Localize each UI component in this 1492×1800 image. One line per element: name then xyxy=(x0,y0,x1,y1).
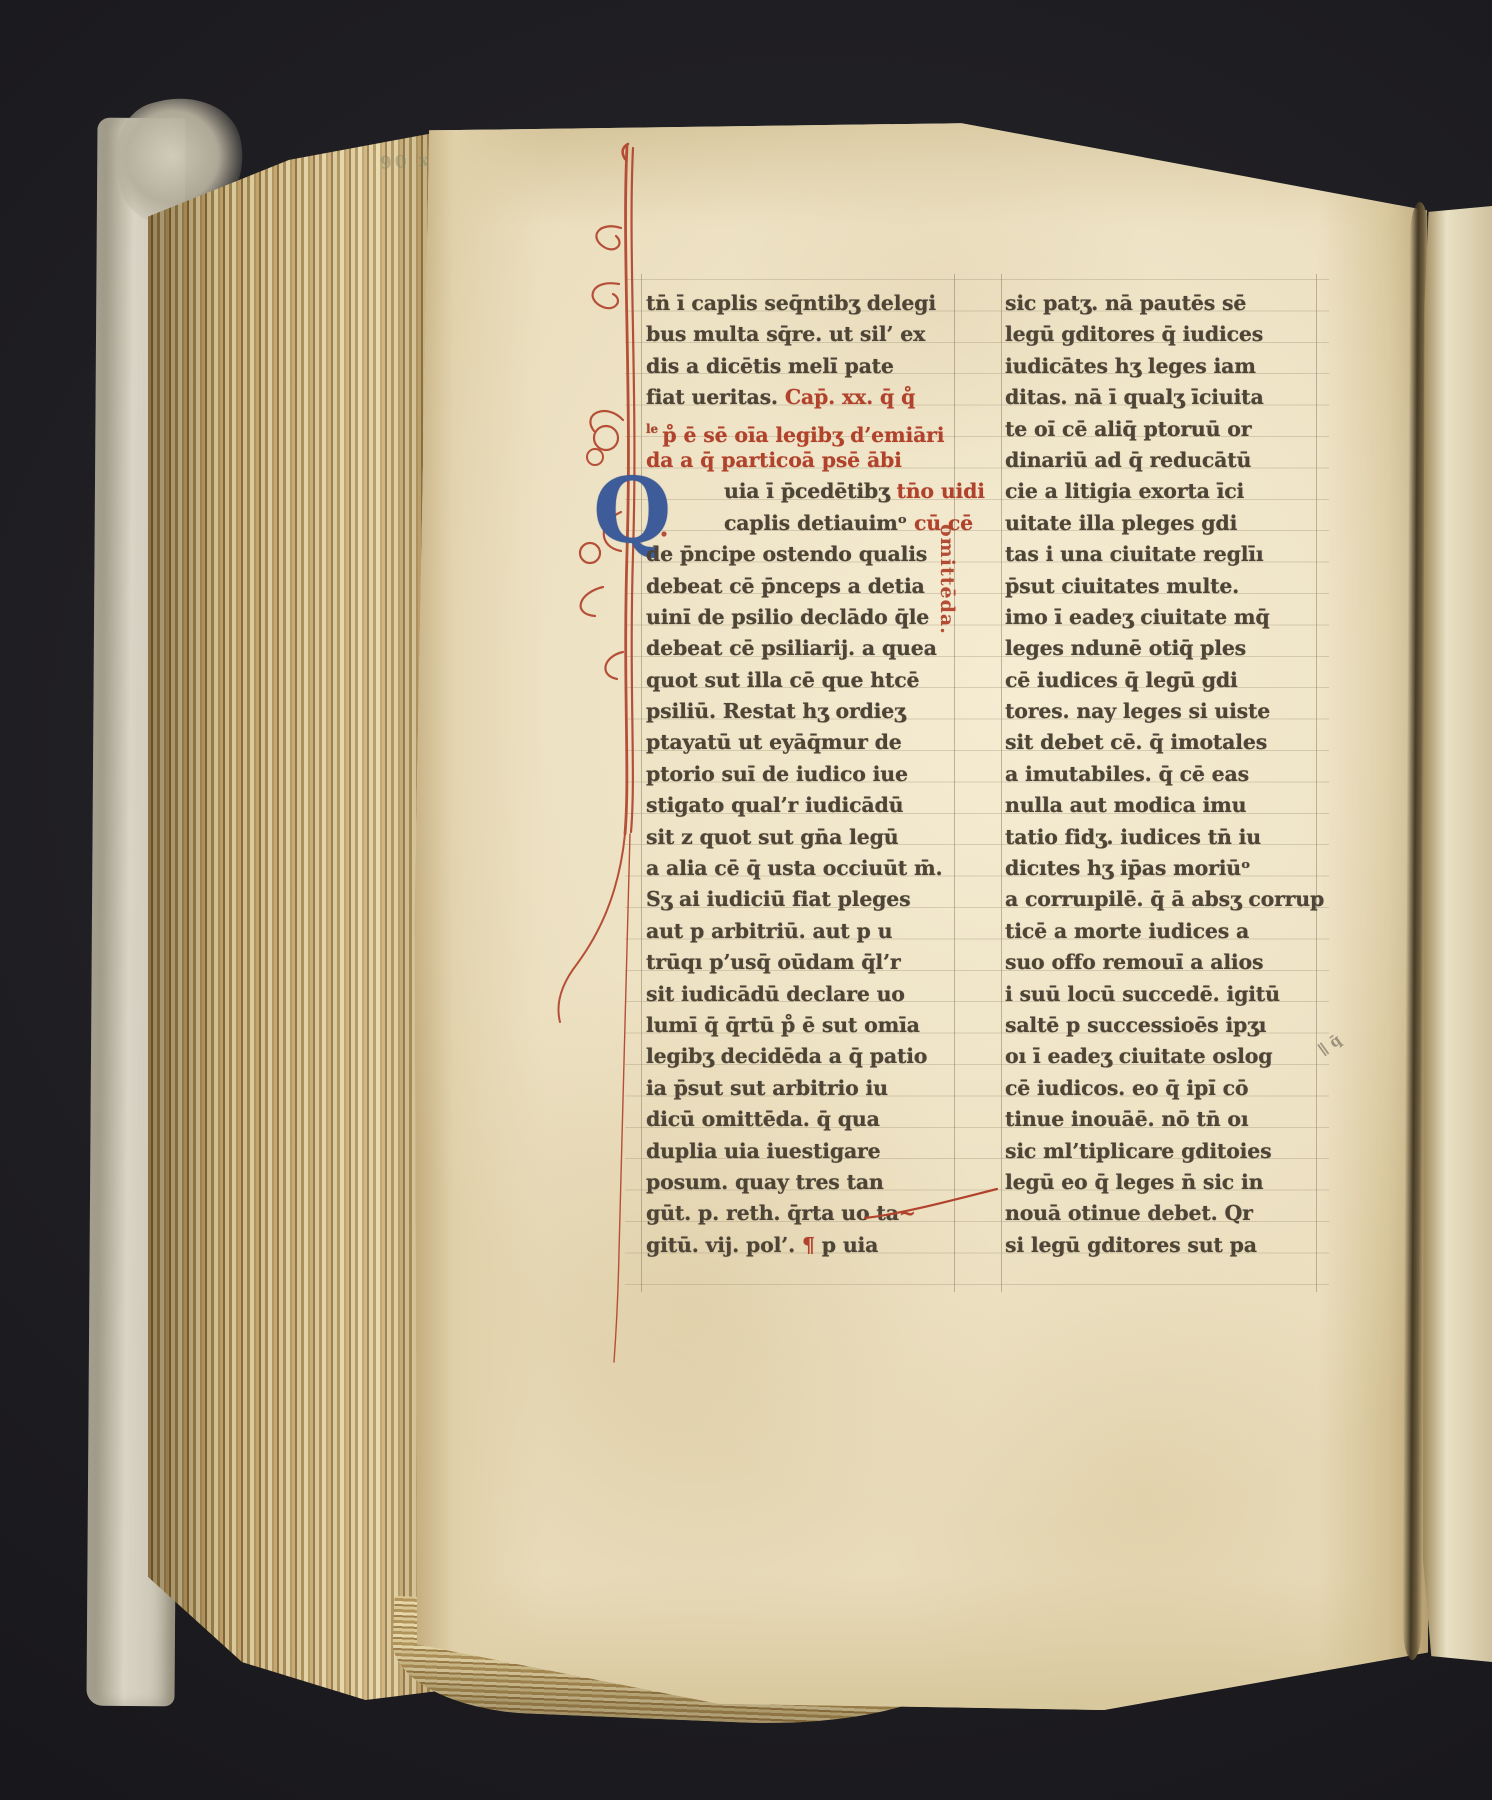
text-line: tores. nay leges si uiste xyxy=(1005,696,1324,727)
manuscript-page: Q tn̄ ī caplis seq̄ntibʒ delegibus multa… xyxy=(413,116,1429,1718)
text-line: nouā otinue debet. Qr xyxy=(1005,1198,1324,1229)
ruling-vertical-line xyxy=(1001,274,1002,1292)
text-line: saltē p successioēs ipʒı xyxy=(1005,1010,1324,1041)
text-line: uia ī p̄cedētibʒ tn̄o uidi xyxy=(646,476,985,507)
text-line: a corruıpilē. q̄ ā absʒ corrup xyxy=(1005,884,1324,915)
text-line: dicıtes hʒ ip̄as moriūᵒ xyxy=(1005,853,1324,884)
text-line: te oı̄ cē aliq̄ ptoruū or xyxy=(1005,414,1324,445)
text-line: quot sut illa cē que htcē xyxy=(646,665,985,696)
text-line: suo offo remouı̄ a alios xyxy=(1005,947,1324,978)
text-line: caplis detiauimᵒ cū cē xyxy=(646,508,985,539)
text-line: cē iudices q̄ legū gdi xyxy=(1005,665,1324,696)
text-line: gitū. vij. pol’. ¶ p uia xyxy=(646,1230,985,1261)
text-line: imo ī eadeʒ ciuitate mq̄ xyxy=(1005,602,1324,633)
text-line: de p̄ncipe ostendo qualis xyxy=(646,539,985,570)
text-line: dinariū ad q̄ reducātū xyxy=(1005,445,1324,476)
text-line: nulla aut modica imu xyxy=(1005,790,1324,821)
photo-background: 90 x xyxy=(0,0,1492,1800)
faint-shelfmark-inscription: 90 x xyxy=(379,150,432,174)
text-line: tinue inouāē. nō tn̄ oı xyxy=(1005,1104,1324,1135)
text-line: iudicātes hʒ leges iam xyxy=(1005,351,1324,382)
text-line: legibʒ decidēda a q̄ patio xyxy=(646,1041,985,1072)
text-line: ptayatū ut eyāq̄mur de xyxy=(646,727,985,758)
text-line: leges ndunē otiq̄ ples xyxy=(1005,633,1324,664)
text-line: fiat ueritas. Cap̄. xx. q̄ q̊ xyxy=(646,382,985,413)
text-line: sic patʒ. nā pautēs sē xyxy=(1005,288,1324,319)
text-line: p̄sut ciuitates multe. xyxy=(1005,571,1324,602)
text-column-left: tn̄ ī caplis seq̄ntibʒ delegibus multa s… xyxy=(646,288,985,1261)
text-line: i suū locū succedē. igitū xyxy=(1005,979,1324,1010)
text-line: dis a dicētis melı̄ pate xyxy=(646,351,985,382)
text-line: tn̄ ī caplis seq̄ntibʒ delegi xyxy=(646,288,985,319)
text-line: uinı̄ de psilio declādo q̄le xyxy=(646,602,985,633)
text-line: si legū gditores sut pa xyxy=(1005,1230,1324,1261)
text-line: Sʒ ai iudiciū fiat pleges xyxy=(646,884,985,915)
text-line: lumī q̄ q̄rtū p̊ ē sut omīa xyxy=(646,1010,985,1041)
text-line: tas i una ciuitate reglīı xyxy=(1005,539,1324,570)
text-line: cē iudicos. eo q̄ ipı̄ cō xyxy=(1005,1073,1324,1104)
text-line: trūqı p’usq̄ oūdam q̄l’r xyxy=(646,947,985,978)
text-line: a alia cē q̄ usta occiuūt m̄. xyxy=(646,853,985,884)
text-line: debeat cē psiliarij. a quea xyxy=(646,633,985,664)
red-underline-flourish xyxy=(861,1184,1001,1224)
text-line: oı ī eadeʒ ciuitate oslog xyxy=(1005,1041,1324,1072)
text-line: legū eo q̄ leges n̄ sic in xyxy=(1005,1167,1324,1198)
text-line: sic ml’tiplicare gditoies xyxy=(1005,1136,1324,1167)
text-column-right: sic patʒ. nā pautēs sēlegū gditores … xyxy=(1005,288,1324,1261)
text-line: sit z quot sut gn̄a legū xyxy=(646,822,985,853)
text-line: le p̊ ē sē oīa legibʒ d’emiāri xyxy=(646,414,985,445)
text-line: legū gditores q̄ iudices xyxy=(1005,319,1324,350)
text-line: tatio fidʒ. iudices tn̄ iu xyxy=(1005,822,1324,853)
text-line: cie a litigia exorta īci xyxy=(1005,476,1324,507)
text-line: ptorio suı̄ de iudico iue xyxy=(646,759,985,790)
text-line: ticē a morte iudices a xyxy=(1005,916,1324,947)
text-line: psiliū. Restat hʒ ordieʒ xyxy=(646,696,985,727)
text-line: debeat cē p̄nceps a detia xyxy=(646,571,985,602)
intercolumn-rubric-note: omittēda. xyxy=(936,524,958,635)
text-line: bus multa sq̄re. ut sil’ ex xyxy=(646,319,985,350)
text-line: ia p̄sut sut arbitrio iu xyxy=(646,1073,985,1104)
text-line: aut p arbitriū. aut p u xyxy=(646,916,985,947)
page-edges-stack xyxy=(148,122,442,1700)
text-line: da a q̄ particoā psē ābi xyxy=(646,445,985,476)
text-line: sit iudicādū declare uo xyxy=(646,979,985,1010)
text-line: sit debet cē. q̄ imotales xyxy=(1005,727,1324,758)
text-line: uitate illa pleges gdi xyxy=(1005,508,1324,539)
text-line: dicū omittēda. q̄ qua xyxy=(646,1104,985,1135)
text-line: duplia uia iuestigare xyxy=(646,1136,985,1167)
text-line: ditas. nā ī qualʒ īciuita xyxy=(1005,382,1324,413)
text-line: a imutabiles. q̄ cē eas xyxy=(1005,759,1324,790)
text-line: stigato qual’r iudicādū xyxy=(646,790,985,821)
underlying-page-edge xyxy=(1423,206,1492,1662)
